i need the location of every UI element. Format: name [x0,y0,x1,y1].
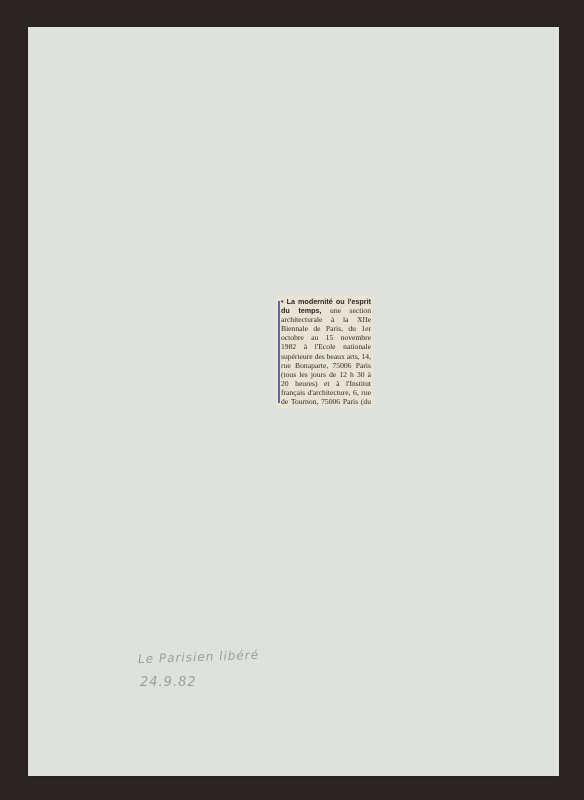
clipping-margin-bar [278,301,280,403]
paper-sheet: • La modernité ou l'esprit du temps, une… [28,27,559,776]
clipping-text: • La modernité ou l'esprit du temps, une… [281,297,371,408]
newspaper-clipping: • La modernité ou l'esprit du temps, une… [276,295,373,408]
clipping-body: une section architecturale à la XIIe Bie… [281,306,371,408]
handwritten-source: Le Parisien libéré [138,648,260,666]
handwritten-date: 24.9.82 [140,675,197,690]
